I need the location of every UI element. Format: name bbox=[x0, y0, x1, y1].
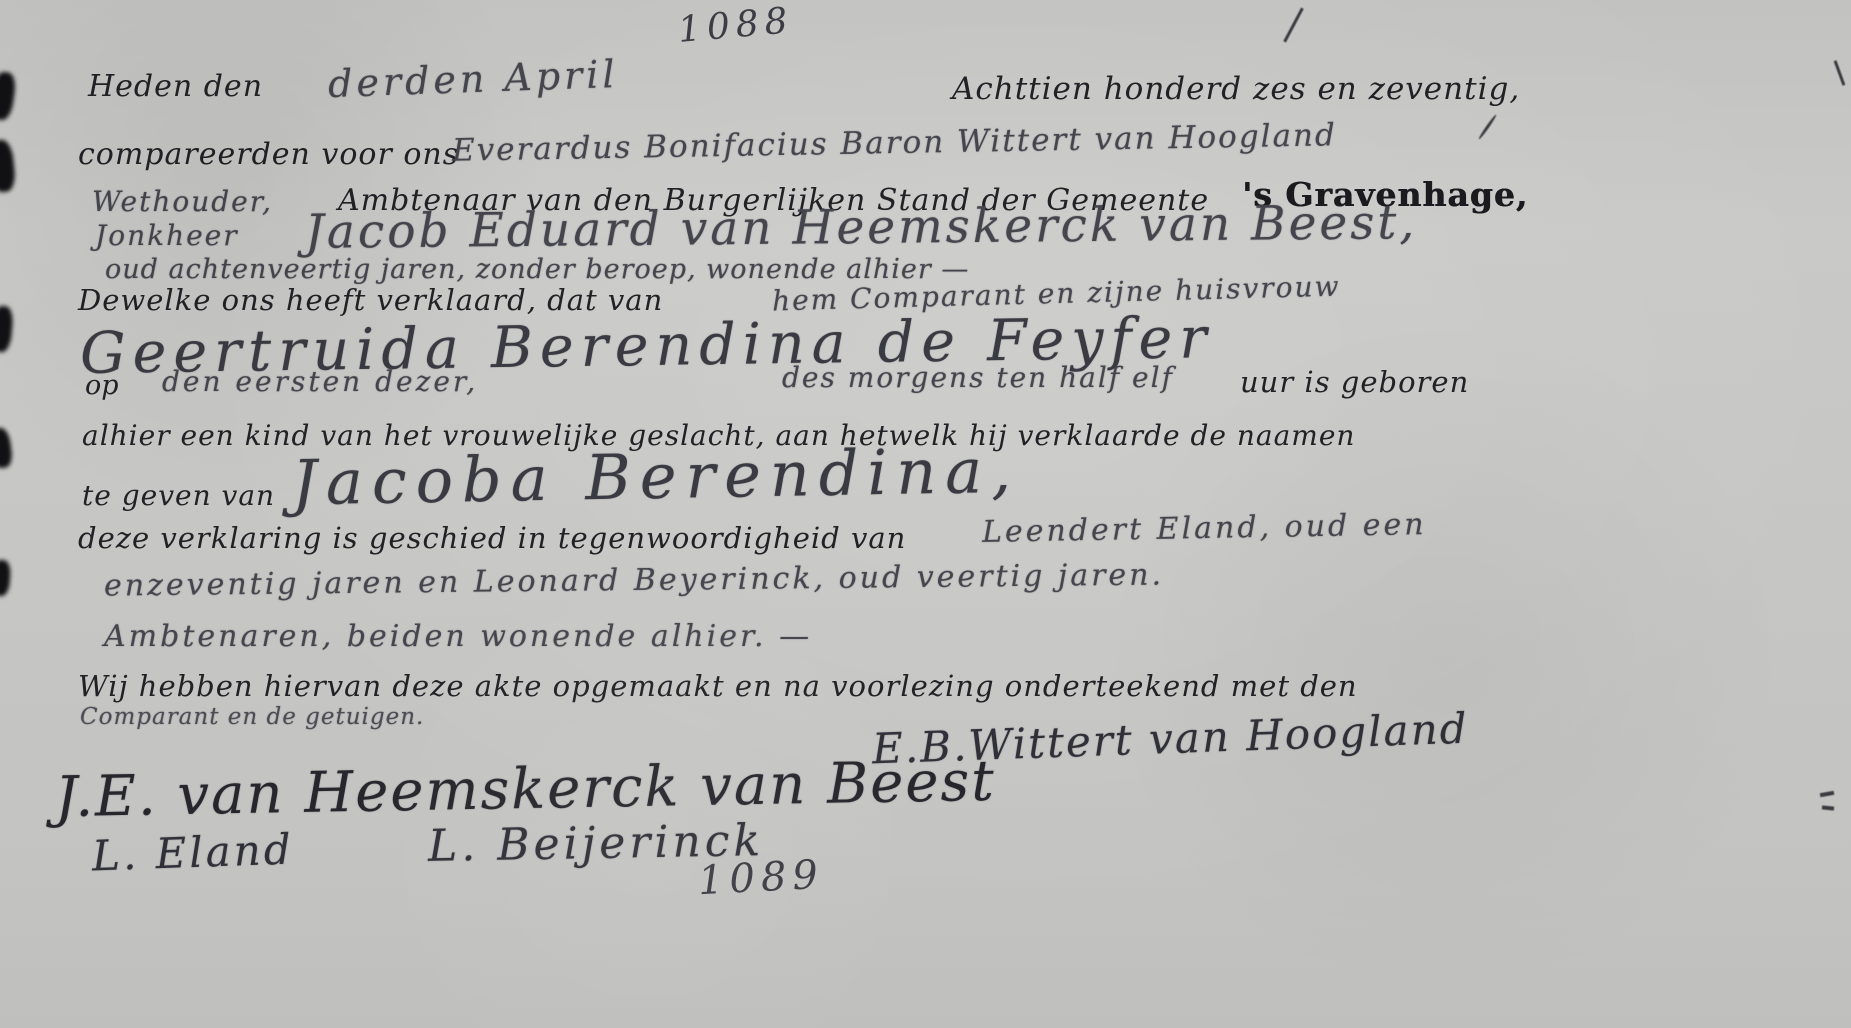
birth-time: des morgens ten half elf bbox=[782, 364, 1174, 392]
scan-bleed-mark bbox=[0, 305, 14, 353]
appeared-before-text: compareerden voor ons bbox=[78, 140, 459, 170]
declarant-honorific: Jonkheer bbox=[95, 222, 239, 250]
ink-stroke-mark bbox=[1820, 791, 1834, 797]
birth-day: den eersten dezer, bbox=[162, 368, 478, 396]
witnesses-occupation: Ambtenaren, beiden wonende alhier. — bbox=[104, 622, 812, 652]
ink-stroke-mark bbox=[1478, 114, 1498, 140]
closing-line-1: Wij hebben hiervan deze akte opgemaakt e… bbox=[78, 672, 1358, 701]
names-prefix: te geven van bbox=[82, 482, 275, 510]
declaration-intro: Dewelke ons heeft verklaard, dat van bbox=[78, 286, 663, 315]
witness1-continuation: enzeventig jaren en Leonard Beyerinck, o… bbox=[104, 560, 1164, 601]
ink-stroke-mark bbox=[1283, 8, 1303, 43]
ink-stroke-mark bbox=[1822, 805, 1834, 810]
closing-line-2: Comparant en de getuigen. bbox=[80, 706, 424, 729]
child-name: Jacoba Berendina, bbox=[292, 440, 1021, 515]
scan-bleed-mark bbox=[0, 559, 11, 596]
birth-certificate-scan: 1088 Heden den derden April Achttien hon… bbox=[0, 0, 1851, 1028]
scan-bleed-mark bbox=[0, 427, 14, 469]
ink-stroke-mark bbox=[1834, 60, 1846, 85]
born-suffix: uur is geboren bbox=[1240, 368, 1469, 397]
signature-father: J.E. van Heemskerck van Beest bbox=[55, 754, 997, 826]
declarant-name: Jacob Eduard van Heemskerck van Beest, bbox=[305, 199, 1418, 256]
registrar-title: Wethouder, bbox=[92, 188, 273, 216]
scan-bleed-mark bbox=[0, 139, 17, 193]
today-prefix: Heden den bbox=[88, 72, 263, 102]
year-text: Achttien honderd zes en zeventig, bbox=[952, 74, 1520, 105]
signature-witness1: L. Eland bbox=[91, 828, 294, 877]
declarant-details: oud achtenveertig jaren, zonder beroep, … bbox=[105, 256, 969, 283]
on-prefix: op bbox=[85, 372, 119, 399]
registrar-name: Everardus Bonifacius Baron Wittert van H… bbox=[452, 120, 1337, 166]
handwritten-day-month: derden April bbox=[327, 55, 619, 103]
scan-bleed-mark bbox=[0, 71, 17, 122]
act-number: 1088 bbox=[677, 3, 795, 49]
witness-intro: deze verklaring is geschied in tegenwoor… bbox=[78, 524, 906, 553]
witness1-name: Leendert Eland, oud een bbox=[982, 510, 1427, 548]
next-act-number: 1089 bbox=[697, 855, 825, 902]
